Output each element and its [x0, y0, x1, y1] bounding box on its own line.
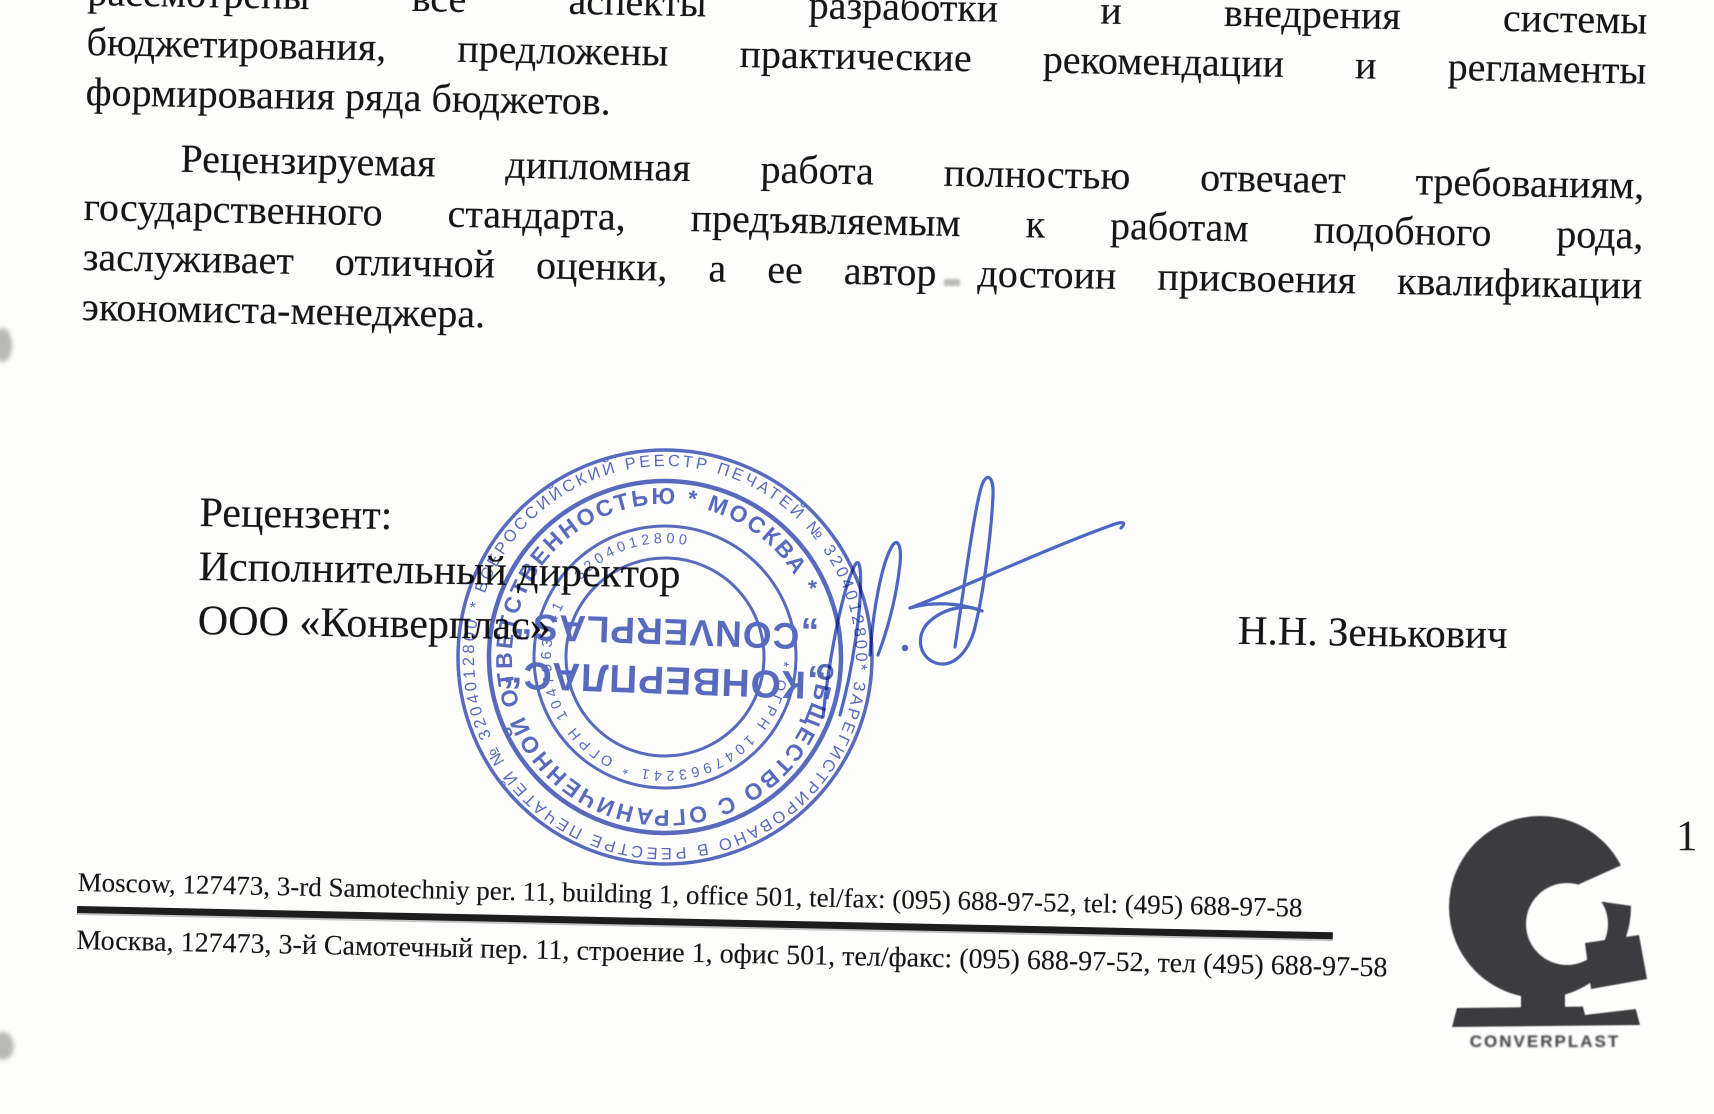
scanned-document-page: рассмотрены все аспекты разработки и вне… — [0, 0, 1714, 1114]
page-number: 1 — [1676, 812, 1698, 861]
stamp-center-latin: „CONVERPLAS“ — [512, 606, 819, 658]
logo-caption: CONVERPLAST — [1470, 1032, 1620, 1051]
scan-artifact — [0, 1032, 14, 1060]
converplast-logo-icon: CONVERPLAST — [1443, 803, 1653, 1053]
signer-name: Н.Н. Зенькович — [1238, 606, 1508, 658]
scan-artifact — [944, 279, 960, 286]
handwritten-signature — [815, 395, 1155, 730]
letterhead-footer: Moscow, 127473, 3-rd Samotechniy per. 11… — [76, 866, 1348, 985]
document-body: рассмотрены все аспекты разработки и вне… — [81, 0, 1647, 361]
scan-artifact — [0, 328, 12, 362]
